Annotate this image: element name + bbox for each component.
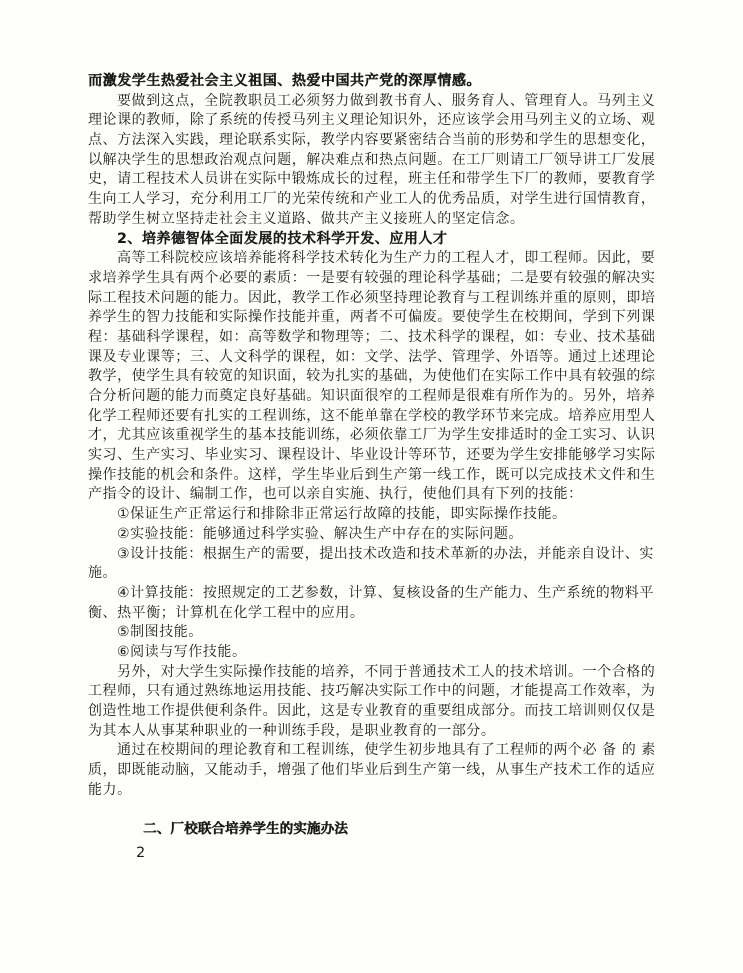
text-line: 合分析问题的能力而奠定良好基础。知识面很窄的工程师是很难有所作为的。另外，培养 — [88, 387, 664, 407]
text-line: 施。 — [88, 564, 664, 584]
text-line: 才，尤其应该重视学生的基本技能训练，必须依靠工厂为学生安排适时的金工实习、认识 — [88, 426, 664, 446]
text-line: 衡、热平衡；计算机在化学工程中的应用。 — [88, 604, 664, 624]
text-line: 为其本人从事某种职业的一种训练手段，是职业教育的一部分。 — [88, 722, 664, 742]
text-line: 操作技能的机会和条件。这样，学生毕业后到生产第一线工作，既可以完成技术文件和生 — [88, 466, 664, 486]
text-line: 养学生的智力技能和实际操作技能并重，两者不可偏废。要使学生在校期间，学到下列课 — [88, 308, 664, 328]
text-line: 质，即既能动脑，又能动手，增强了他们毕业后到生产第一线，从事生产技术工作的适应 — [88, 761, 664, 781]
page-number: 2 — [136, 845, 145, 861]
text-line: ②实验技能：能够通过科学实验、解决生产中存在的实际问题。 — [88, 525, 664, 545]
text-line: 理论课的教师，除了系统的传授马列主义理论知识外，还应该学会用马列主义的立场、观 — [88, 111, 664, 131]
text-line: 通过在校期间的理论教育和工程训练，使学生初步地具有了工程师的两个必 备 的 素 — [88, 741, 664, 761]
text-line: 高等工科院校应该培养能将科学技术转化为生产力的工程人才，即工程师。因此，要 — [88, 249, 664, 269]
text-line: ⑤制图技能。 — [88, 623, 664, 643]
text-line: 能力。 — [88, 781, 664, 801]
text-line: 点、方法深入实践，理论联系实际，教学内容要紧密结合当前的形势和学生的思想变化， — [88, 131, 664, 151]
text-line: 求培养学生具有两个必要的素质：一是要有较强的理论科学基础；二是要有较强的解决实 — [88, 269, 664, 289]
text-line: 另外，对大学生实际操作技能的培养，不同于普通技术工人的技术培训。一个合格的 — [88, 663, 664, 683]
text-line: 实习、生产实习、毕业实习、课程设计、毕业设计等环节，还要为学生安排能够学习实际 — [88, 446, 664, 466]
text-line: ⑥阅读与写作技能。 — [88, 643, 664, 663]
text-line: ④计算技能：按照规定的工艺参数，计算、复核设备的生产能力、生产系统的物料平 — [88, 584, 664, 604]
text-line: 产指令的设计、编制工作，也可以亲自实施、执行，使他们具有下列的技能： — [88, 485, 664, 505]
text-line: 际工程技术问题的能力。因此，教学工作必须坚持理论教育与工程训练并重的原则，即培 — [88, 289, 664, 309]
text-line: 生向工人学习，充分利用工厂的光荣传统和产业工人的优秀品质，对学生进行国情教育， — [88, 190, 664, 210]
text-line: 以解决学生的思想政治观点问题，解决难点和热点问题。在工厂则请工厂领导讲工厂发展 — [88, 151, 664, 171]
text-line: ③设计技能：根据生产的需要，提出技术改造和技术革新的办法，并能亲自设计、实 — [88, 545, 664, 565]
document-page: 而激发学生热爱社会主义祖国、热爱中国共产党的深厚情感。要做到这点，全院教职员工必… — [0, 0, 743, 973]
text-line: 程：基础科学课程，如：高等数学和物理等；二、技术科学的课程，如：专业、技术基础 — [88, 328, 664, 348]
text-line: 而激发学生热爱社会主义祖国、热爱中国共产党的深厚情感。 — [88, 72, 664, 92]
text-line: 要做到这点，全院教职员工必须努力做到教书育人、服务育人、管理育人。马列主义 — [88, 92, 664, 112]
section-heading: 二、厂校联合培养学生的实施办法 — [143, 817, 348, 837]
text-line: 史，请工程技术人员讲在实际中锻炼成长的过程，班主任和带学生下厂的教师，要教育学 — [88, 170, 664, 190]
text-line: 教学，使学生具有较宽的知识面，较为扎实的基础，为使他们在实际工作中具有较强的综 — [88, 367, 664, 387]
text-line: 化学工程师还要有扎实的工程训练，这不能单靠在学校的教学环节来完成。培养应用型人 — [88, 407, 664, 427]
text-line: 帮助学生树立坚持走社会主义道路、做共产主义接班人的坚定信念。 — [88, 210, 664, 230]
text-line: 创造性地工作提供便利条件。因此，这是专业教育的重要组成部分。而技工培训则仅仅是 — [88, 702, 664, 722]
text-line: 课及专业课等；三、人文科学的课程，如：文学、法学、管理学、外语等。通过上述理论 — [88, 348, 664, 368]
text-line: ①保证生产正常运行和排除非正常运行故障的技能，即实际操作技能。 — [88, 505, 664, 525]
text-line: 工程师，只有通过熟练地运用技能、技巧解决实际工作中的问题，才能提高工作效率，为 — [88, 682, 664, 702]
body-text: 而激发学生热爱社会主义祖国、热爱中国共产党的深厚情感。要做到这点，全院教职员工必… — [88, 72, 664, 800]
text-line: 2、培养德智体全面发展的技术科学开发、应用人才 — [88, 230, 664, 250]
